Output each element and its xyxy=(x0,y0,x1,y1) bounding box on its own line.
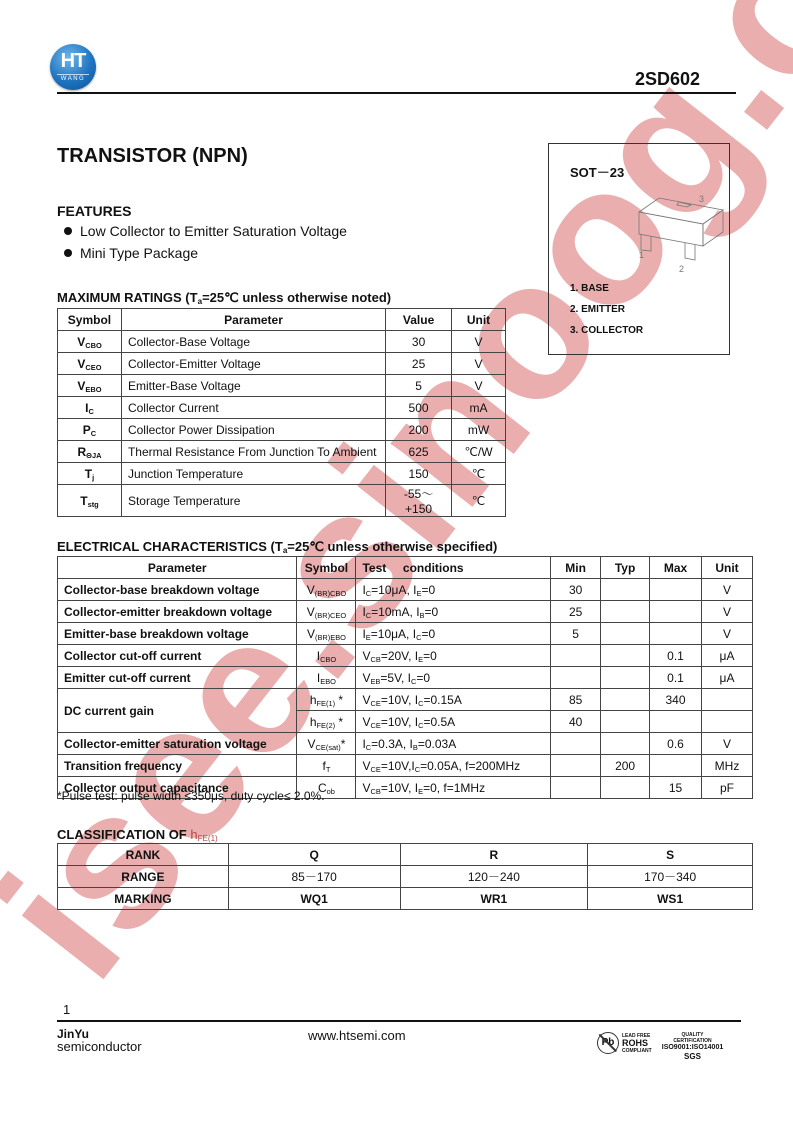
classification-heading: CLASSIFICATION OF hFE(1) xyxy=(57,827,218,842)
logo-text: HT xyxy=(50,50,96,73)
typ-cell xyxy=(601,733,650,755)
column-header: Typ xyxy=(601,557,650,579)
symbol-cell: hFE(1) * xyxy=(297,689,356,711)
max-cell xyxy=(650,579,702,601)
typ-cell xyxy=(601,689,650,711)
row-label: RANK xyxy=(58,844,229,866)
test-condition-cell: VCE=10V,IC=0.05A, f=200MHz xyxy=(356,755,551,777)
table-row: TjJunction Temperature150℃ xyxy=(58,463,506,485)
max-cell: 0.6 xyxy=(650,733,702,755)
test-condition-cell: VCE=10V, IC=0.15A xyxy=(356,689,551,711)
column-header: Test conditions xyxy=(356,557,551,579)
typ-cell xyxy=(601,601,650,623)
test-condition-cell: VCE=10V, IC=0.5A xyxy=(356,711,551,733)
value-cell: 85－170 xyxy=(228,866,400,888)
unit-cell: V xyxy=(452,353,506,375)
unit-cell: V xyxy=(701,623,752,645)
value-cell: 170－340 xyxy=(588,866,753,888)
symbol-cell: hFE(2) * xyxy=(297,711,356,733)
svg-text:1: 1 xyxy=(639,250,644,260)
max-cell xyxy=(650,755,702,777)
value-cell: S xyxy=(588,844,753,866)
symbol-cell: VCEO xyxy=(58,353,122,375)
test-condition-cell: IE=10μA, IC=0 xyxy=(356,623,551,645)
pin-base: 1. BASE xyxy=(570,283,609,294)
typ-cell xyxy=(601,623,650,645)
lead-free-icon: Pb xyxy=(597,1032,619,1054)
symbol-cell: Tstg xyxy=(58,485,122,517)
symbol-cell: fT xyxy=(297,755,356,777)
symbol-cell: V(BR)CBO xyxy=(297,579,356,601)
table-row: PCCollector Power Dissipation200mW xyxy=(58,419,506,441)
min-cell xyxy=(551,777,601,799)
electrical-heading: ELECTRICAL CHARACTERISTICS (Ta=25℃ unles… xyxy=(57,539,497,555)
value-cell: 30 xyxy=(386,331,452,353)
min-cell xyxy=(551,755,601,777)
pin-emitter: 2. EMITTER xyxy=(570,304,625,315)
table-row: Transition frequencyfTVCE=10V,IC=0.05A, … xyxy=(58,755,753,777)
unit-cell: ℃ xyxy=(452,463,506,485)
table-row: Collector-base breakdown voltageV(BR)CBO… xyxy=(58,579,753,601)
column-header: Unit xyxy=(701,557,752,579)
parameter-cell: Collector-base breakdown voltage xyxy=(58,579,297,601)
symbol-cell: ICBO xyxy=(297,645,356,667)
parameter-cell: Collector cut-off current xyxy=(58,645,297,667)
bullet-icon xyxy=(64,249,72,257)
sot23-package-icon: 3 1 2 xyxy=(627,188,727,278)
value-cell: R xyxy=(400,844,588,866)
bullet-icon xyxy=(64,227,72,235)
min-cell: 85 xyxy=(551,689,601,711)
unit-cell: mW xyxy=(452,419,506,441)
typ-cell xyxy=(601,667,650,689)
table-row: RANKQRS xyxy=(58,844,753,866)
table-row: VEBOEmitter-Base Voltage5V xyxy=(58,375,506,397)
test-condition-cell: VEB=5V, IC=0 xyxy=(356,667,551,689)
footer-divider xyxy=(57,1020,741,1022)
min-cell: 25 xyxy=(551,601,601,623)
column-header: Min xyxy=(551,557,601,579)
value-cell: 5 xyxy=(386,375,452,397)
parameter-cell: Storage Temperature xyxy=(121,485,385,517)
logo-subtext: WANG xyxy=(57,74,89,82)
table-row: ICCollector Current500mA xyxy=(58,397,506,419)
value-cell: -55～+150 xyxy=(386,485,452,517)
value-cell: 120－240 xyxy=(400,866,588,888)
value-cell: WR1 xyxy=(400,888,588,910)
page-title: TRANSISTOR (NPN) xyxy=(57,145,248,168)
value-cell: WQ1 xyxy=(228,888,400,910)
column-header: Value xyxy=(386,309,452,331)
svg-text:3: 3 xyxy=(699,194,704,204)
parameter-cell: Collector Power Dissipation xyxy=(121,419,385,441)
test-condition-cell: VCB=20V, IE=0 xyxy=(356,645,551,667)
max-cell xyxy=(650,601,702,623)
value-cell: 25 xyxy=(386,353,452,375)
features-heading: FEATURES xyxy=(57,203,131,219)
unit-cell: V xyxy=(701,601,752,623)
feature-item: Mini Type Package xyxy=(64,245,198,261)
value-cell: 200 xyxy=(386,419,452,441)
parameter-cell: Collector-Base Voltage xyxy=(121,331,385,353)
parameter-cell: Collector Current xyxy=(121,397,385,419)
max-cell xyxy=(650,623,702,645)
max-cell: 15 xyxy=(650,777,702,799)
parameter-cell: Transition frequency xyxy=(58,755,297,777)
part-number: 2SD602 xyxy=(635,69,700,90)
company-logo: HT WANG xyxy=(50,44,96,90)
unit-cell: ℃/W xyxy=(452,441,506,463)
min-cell xyxy=(551,667,601,689)
parameter-cell: DC current gain xyxy=(58,689,297,733)
symbol-cell: V(BR)CEO xyxy=(297,601,356,623)
max-ratings-heading: MAXIMUM RATINGS (Ta=25℃ unless otherwise… xyxy=(57,290,391,306)
column-header: Max xyxy=(650,557,702,579)
test-condition-cell: IC=10mA, IB=0 xyxy=(356,601,551,623)
test-condition-cell: IC=0.3A, IB=0.03A xyxy=(356,733,551,755)
page-number: 1 xyxy=(63,1002,70,1017)
column-header: Parameter xyxy=(58,557,297,579)
row-label: RANGE xyxy=(58,866,229,888)
value-cell: 625 xyxy=(386,441,452,463)
company-subtitle: semiconductor xyxy=(57,1039,142,1054)
table-row: RΘJAThermal Resistance From Junction To … xyxy=(58,441,506,463)
symbol-cell: RΘJA xyxy=(58,441,122,463)
table-row: RANGE85－170120－240170－340 xyxy=(58,866,753,888)
unit-cell: ℃ xyxy=(452,485,506,517)
value-cell: 500 xyxy=(386,397,452,419)
symbol-cell: V(BR)EBO xyxy=(297,623,356,645)
header-divider xyxy=(57,92,736,94)
unit-cell: V xyxy=(701,733,752,755)
symbol-cell: VCE(sat)* xyxy=(297,733,356,755)
parameter-cell: Emitter-Base Voltage xyxy=(121,375,385,397)
unit-cell: MHz xyxy=(701,755,752,777)
package-box: SOT－23 3 1 2 1. BASE 2. EMITTER 3. COLLE… xyxy=(548,143,730,355)
symbol-cell: VEBO xyxy=(58,375,122,397)
table-row: Emitter cut-off currentIEBOVEB=5V, IC=00… xyxy=(58,667,753,689)
unit-cell: V xyxy=(701,579,752,601)
table-row: Collector-emitter breakdown voltageV(BR)… xyxy=(58,601,753,623)
unit-cell: V xyxy=(452,331,506,353)
table-row: TstgStorage Temperature-55～+150℃ xyxy=(58,485,506,517)
max-cell: 0.1 xyxy=(650,667,702,689)
unit-cell: pF xyxy=(701,777,752,799)
unit-cell: μA xyxy=(701,667,752,689)
typ-cell xyxy=(601,579,650,601)
min-cell xyxy=(551,645,601,667)
parameter-cell: Collector-Emitter Voltage xyxy=(121,353,385,375)
symbol-cell: VCBO xyxy=(58,331,122,353)
parameter-cell: Thermal Resistance From Junction To Ambi… xyxy=(121,441,385,463)
table-row: MARKINGWQ1WR1WS1 xyxy=(58,888,753,910)
parameter-cell: Collector-emitter breakdown voltage xyxy=(58,601,297,623)
typ-cell xyxy=(601,777,650,799)
value-cell: 150 xyxy=(386,463,452,485)
row-label: MARKING xyxy=(58,888,229,910)
table-row: VCEOCollector-Emitter Voltage25V xyxy=(58,353,506,375)
classification-table: RANKQRSRANGE85－170120－240170－340MARKINGW… xyxy=(57,843,753,910)
parameter-cell: Emitter cut-off current xyxy=(58,667,297,689)
electrical-characteristics-table: ParameterSymbolTest conditionsMinTypMaxU… xyxy=(57,556,753,799)
typ-cell xyxy=(601,645,650,667)
max-cell: 340 xyxy=(650,689,702,711)
max-cell: 0.1 xyxy=(650,645,702,667)
pulse-test-footnote: *Pulse test: pulse width ≤350μs, duty cy… xyxy=(57,789,325,803)
value-cell: Q xyxy=(228,844,400,866)
symbol-cell: PC xyxy=(58,419,122,441)
unit-cell: μA xyxy=(701,645,752,667)
test-condition-cell: VCB=10V, IE=0, f=1MHz xyxy=(356,777,551,799)
unit-cell xyxy=(701,711,752,733)
test-condition-cell: IC=10μA, IE=0 xyxy=(356,579,551,601)
max-cell xyxy=(650,711,702,733)
parameter-cell: Emitter-base breakdown voltage xyxy=(58,623,297,645)
typ-cell: 200 xyxy=(601,755,650,777)
column-header: Symbol xyxy=(58,309,122,331)
unit-cell xyxy=(701,689,752,711)
unit-cell: V xyxy=(452,375,506,397)
min-cell: 5 xyxy=(551,623,601,645)
rohs-badge: LEAD FREEROHSCOMPLIANT xyxy=(622,1033,652,1054)
svg-text:2: 2 xyxy=(679,264,684,274)
parameter-cell: Collector-emitter saturation voltage xyxy=(58,733,297,755)
min-cell xyxy=(551,733,601,755)
table-row: Emitter-base breakdown voltageV(BR)EBOIE… xyxy=(58,623,753,645)
table-row: Collector cut-off currentICBOVCB=20V, IE… xyxy=(58,645,753,667)
pin-collector: 3. COLLECTOR xyxy=(570,325,643,336)
min-cell: 30 xyxy=(551,579,601,601)
package-name: SOT－23 xyxy=(570,162,624,181)
feature-item: Low Collector to Emitter Saturation Volt… xyxy=(64,223,347,239)
website-link[interactable]: www.htsemi.com xyxy=(308,1028,406,1043)
column-header: Unit xyxy=(452,309,506,331)
table-row: Collector-emitter saturation voltageVCE(… xyxy=(58,733,753,755)
iso-certification-badge: QUALITYCERTIFICATIONISO9001:ISO14001SGS xyxy=(655,1032,730,1061)
table-row: DC current gainhFE(1) *VCE=10V, IC=0.15A… xyxy=(58,689,753,711)
symbol-cell: Tj xyxy=(58,463,122,485)
column-header: Parameter xyxy=(121,309,385,331)
table-row: VCBOCollector-Base Voltage30V xyxy=(58,331,506,353)
symbol-cell: IC xyxy=(58,397,122,419)
typ-cell xyxy=(601,711,650,733)
symbol-cell: IEBO xyxy=(297,667,356,689)
min-cell: 40 xyxy=(551,711,601,733)
max-ratings-table: SymbolParameterValueUnit VCBOCollector-B… xyxy=(57,308,506,517)
unit-cell: mA xyxy=(452,397,506,419)
column-header: Symbol xyxy=(297,557,356,579)
value-cell: WS1 xyxy=(588,888,753,910)
parameter-cell: Junction Temperature xyxy=(121,463,385,485)
